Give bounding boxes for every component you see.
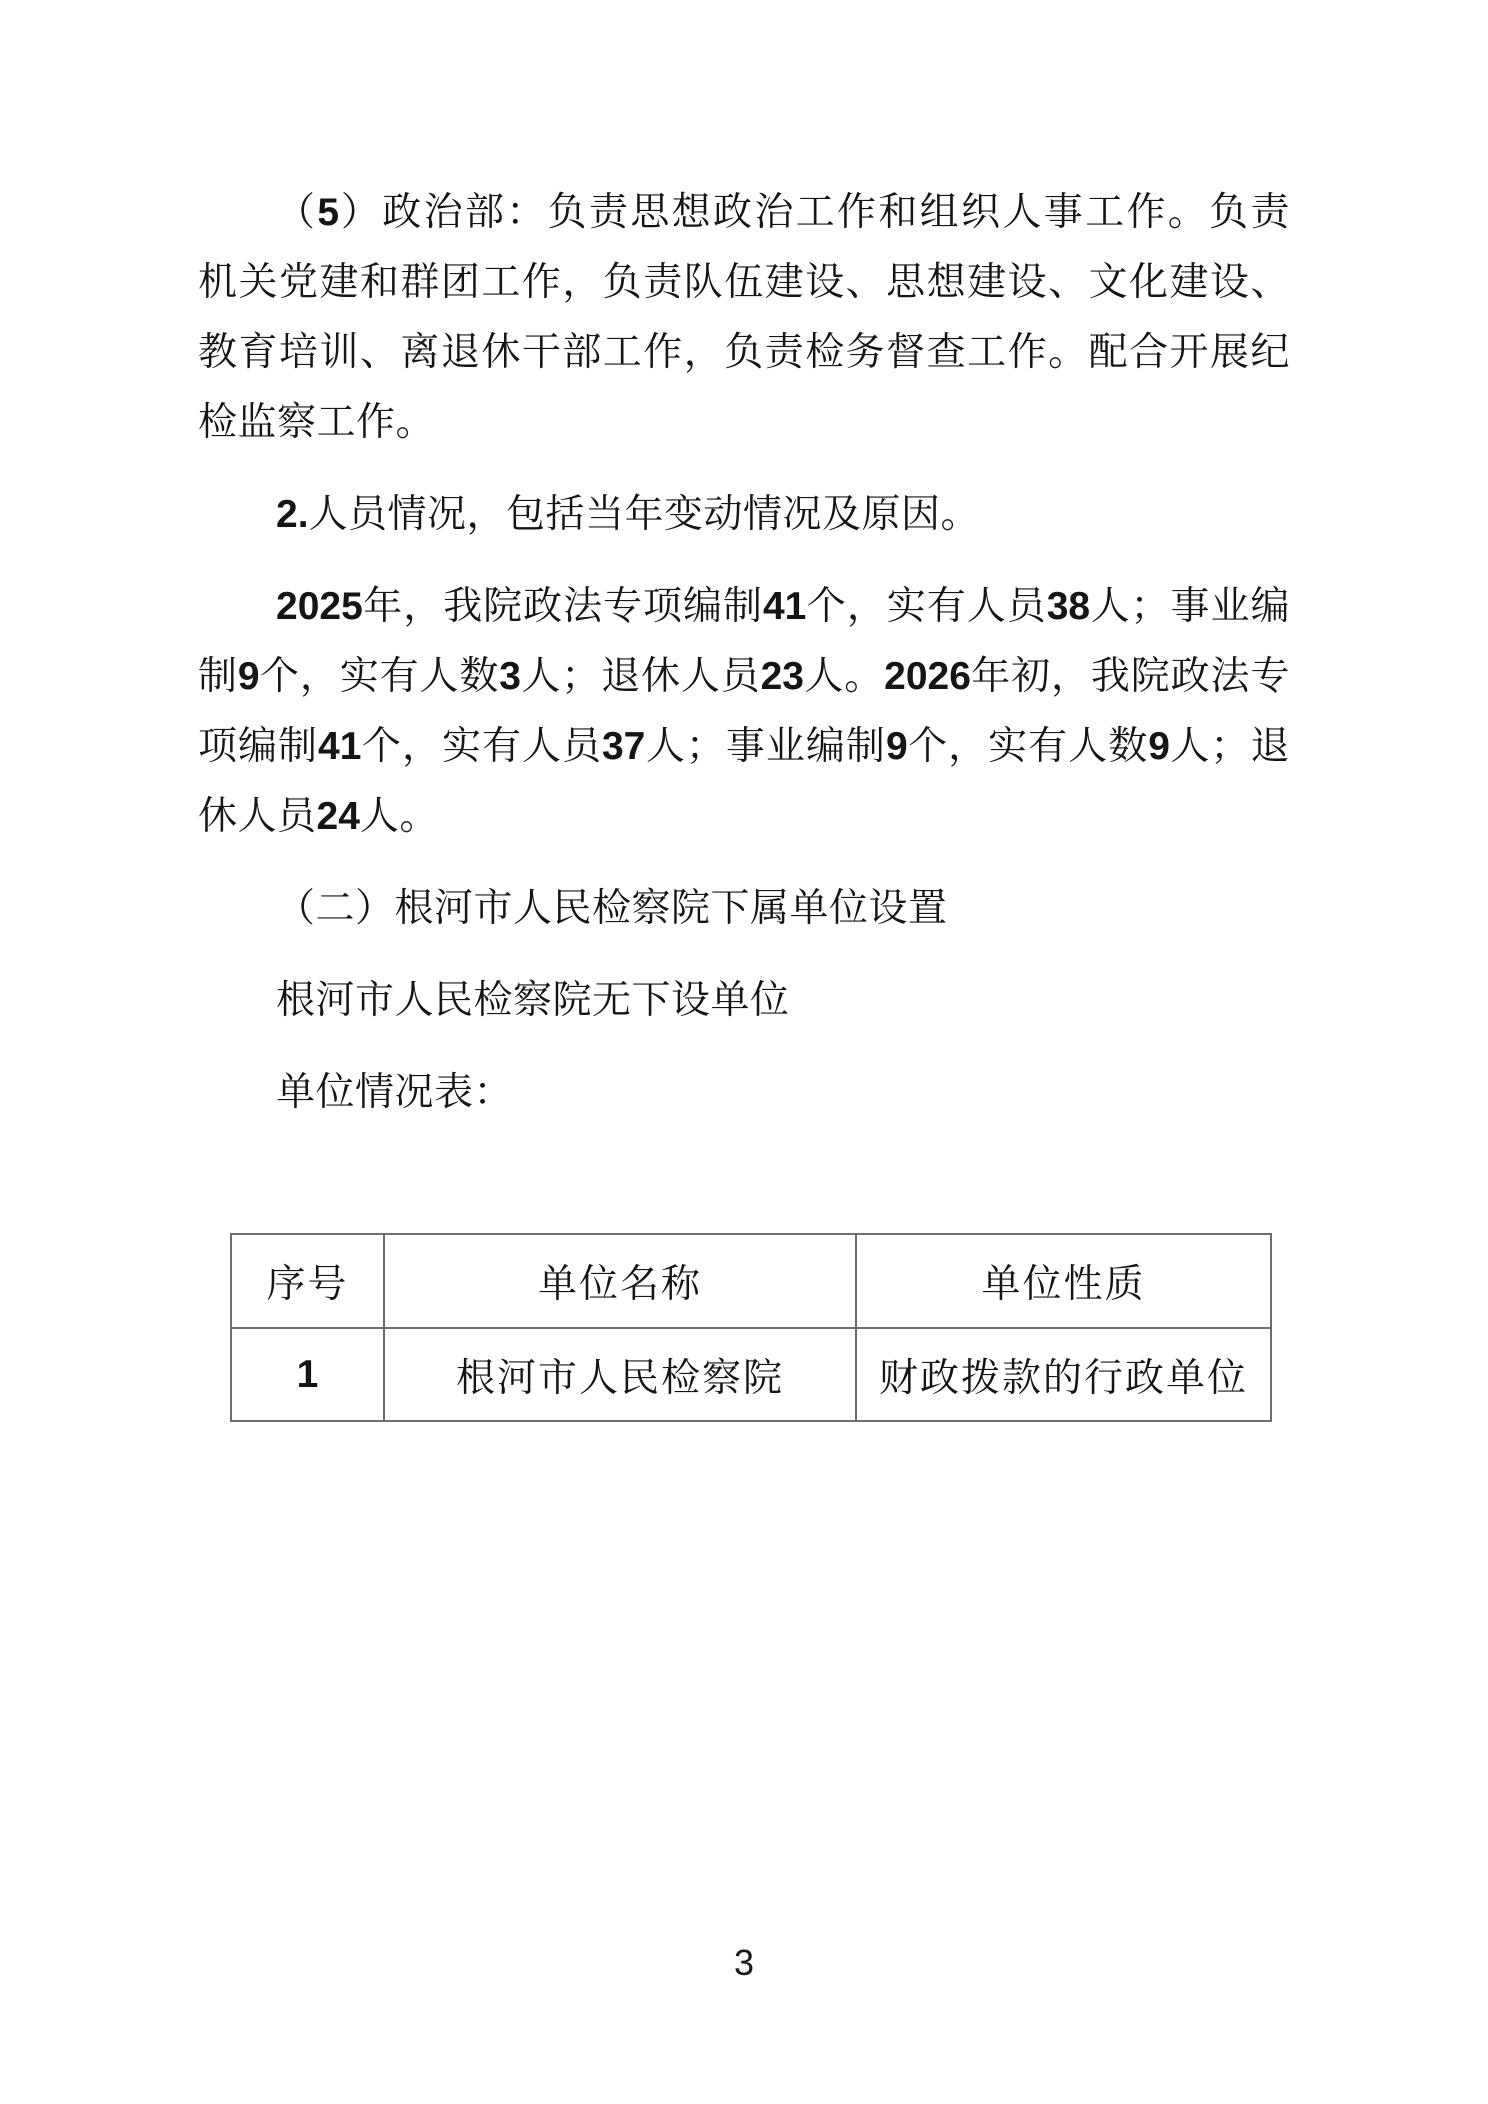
- text-line: 根河市人民检察院无下设单位: [198, 966, 1290, 1036]
- text-line: 单位情况表：: [198, 1058, 1290, 1128]
- table-header-row: 序号 单位名称 单位性质: [231, 1234, 1271, 1328]
- paragraph-staffing-numbers: 2025年，我院政法专项编制41个，实有人员38人；事业编 制9个，实有人数3人…: [198, 572, 1290, 852]
- table-header-unit-name: 单位名称: [384, 1234, 856, 1328]
- document-page: （5）政治部：负责思想政治工作和组织人事工作。负责 机关党建和群团工作，负责队伍…: [0, 0, 1488, 2104]
- text-line: 2.人员情况，包括当年变动情况及原因。: [198, 480, 1290, 550]
- paragraph-personnel-heading: 2.人员情况，包括当年变动情况及原因。: [198, 480, 1290, 550]
- text-line: 机关党建和群团工作，负责队伍建设、思想建设、文化建设、: [198, 248, 1290, 318]
- cell-index: 1: [231, 1328, 384, 1421]
- table-header-unit-type: 单位性质: [856, 1234, 1271, 1328]
- table-row: 1 根河市人民检察院 财政拨款的行政单位: [231, 1328, 1271, 1421]
- text-line: 制9个，实有人数3人；退休人员23人。2026年初，我院政法专: [198, 642, 1290, 712]
- document-content: （5）政治部：负责思想政治工作和组织人事工作。负责 机关党建和群团工作，负责队伍…: [198, 178, 1290, 1422]
- paragraph-no-subordinate-units: 根河市人民检察院无下设单位: [198, 966, 1290, 1036]
- cell-unit-name: 根河市人民检察院: [384, 1328, 856, 1421]
- text-line: 教育培训、离退休干部工作，负责检务督查工作。配合开展纪: [198, 318, 1290, 388]
- paragraph-political-dept: （5）政治部：负责思想政治工作和组织人事工作。负责 机关党建和群团工作，负责队伍…: [198, 178, 1290, 458]
- paragraph-table-caption: 单位情况表：: [198, 1058, 1290, 1128]
- units-table: 序号 单位名称 单位性质 1 根河市人民检察院 财政拨款的行政单位: [230, 1233, 1272, 1422]
- text-line: （二）根河市人民检察院下属单位设置: [198, 874, 1290, 944]
- text-line: 休人员24人。: [198, 782, 1290, 852]
- text-line: 项编制41个，实有人员37人；事业编制9个，实有人数9人；退: [198, 712, 1290, 782]
- text-line: 检监察工作。: [198, 388, 1290, 458]
- page-number: 3: [0, 1942, 1488, 1984]
- text-line: 2025年，我院政法专项编制41个，实有人员38人；事业编: [198, 572, 1290, 642]
- table-header-index: 序号: [231, 1234, 384, 1328]
- cell-unit-type: 财政拨款的行政单位: [856, 1328, 1271, 1421]
- paragraph-subordinate-units-heading: （二）根河市人民检察院下属单位设置: [198, 874, 1290, 944]
- text-line: （5）政治部：负责思想政治工作和组织人事工作。负责: [198, 178, 1290, 248]
